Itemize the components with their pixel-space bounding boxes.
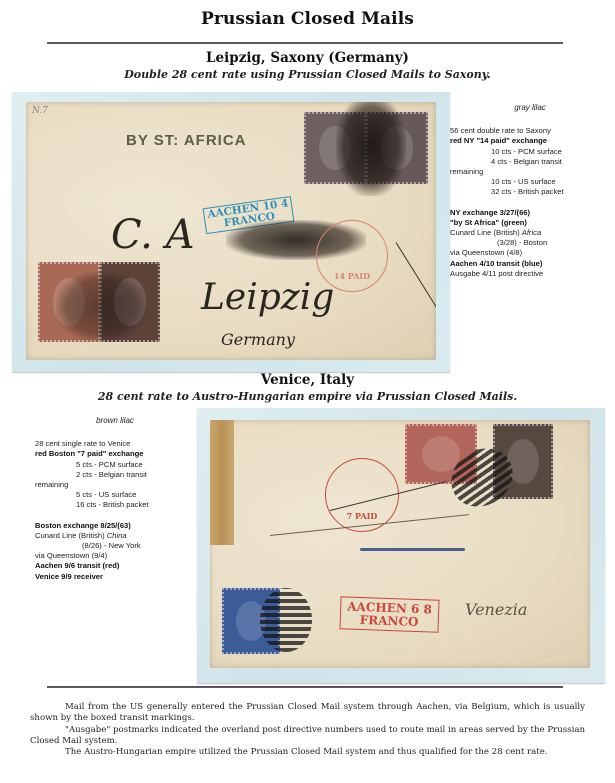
page-title: Prussian Closed Mails	[0, 9, 615, 29]
cover-1-envelope: N.7 BY ST: AFRICA AACHEN 10 4 FRANCO 14 …	[26, 102, 436, 360]
route-line: Cunard Line (British) Africa	[450, 228, 610, 238]
route-line: Boston exchange 8/25/(63)	[35, 521, 195, 531]
route-line: (3/28) - Boston	[450, 238, 610, 248]
footer-divider	[47, 686, 563, 688]
route-line: (8/26) - New York	[35, 541, 195, 551]
rate-note: 56 cent double rate to Saxony	[450, 126, 610, 136]
rate-note: 28 cent single rate to Venice	[35, 439, 195, 449]
cover-2-envelope: 7 PAID AACHEN 6 8 FRANCO Venezia	[210, 420, 590, 668]
route-line: NY exchange 3/27/(66)	[450, 208, 610, 218]
remaining-line: 16 cts - British packet	[35, 500, 195, 510]
route-line: via Queenstown (9/4)	[35, 551, 195, 561]
exchange-note: red Boston "7 paid" exchange	[35, 449, 195, 459]
credit-line: 4 cts - Belgian transit	[450, 157, 610, 167]
credit-line: 5 cts - PCM surface	[35, 460, 195, 470]
cover-edge-strip	[210, 420, 234, 545]
aachen-transit-box-red: AACHEN 6 8 FRANCO	[339, 596, 439, 633]
star-cancel	[336, 102, 406, 196]
route-line: via Queenstown (4/8)	[450, 248, 610, 258]
route-line: Aachen 4/10 transit (blue)	[450, 259, 610, 269]
stamp-color-label: gray lilac	[450, 103, 610, 113]
title-divider	[47, 42, 563, 44]
cover-2-title: Venice, Italy	[0, 372, 615, 388]
lower-cancel	[56, 272, 146, 342]
cover-2-notes: brown lilac 28 cent single rate to Venic…	[35, 416, 195, 582]
footer-paragraph: Mail from the US generally entered the P…	[30, 702, 585, 725]
footer-paragraph: The Austro-Hungarian empire utilized the…	[30, 747, 585, 758]
remaining-line: 5 cts - US surface	[35, 490, 195, 500]
footer-text: Mail from the US generally entered the P…	[30, 702, 585, 758]
cover-1-title: Leipzig, Saxony (Germany)	[0, 50, 615, 66]
remaining-line: 10 cts - US surface	[450, 177, 610, 187]
cover-2-subtitle: 28 cent rate to Austro-Hungarian empire …	[0, 390, 615, 403]
route-line: Ausgabe 4/11 post directive	[450, 269, 610, 279]
route-line: Cunard Line (British) China	[35, 531, 195, 541]
route-line: "by St Africa" (green)	[450, 218, 610, 228]
remaining-label: remaining	[450, 167, 610, 177]
manuscript-stroke	[396, 242, 436, 336]
boston-circle-text: 7 PAID	[326, 511, 398, 521]
route-line: Aachen 9/6 transit (red)	[35, 561, 195, 571]
stamp-color-label: brown lilac	[35, 416, 195, 426]
remaining-line: 32 cts - British packet	[450, 187, 610, 197]
pencil-notation: N.7	[32, 106, 48, 116]
blue-crayon-stroke	[360, 548, 465, 551]
route-line: Venice 9/9 receiver	[35, 572, 195, 582]
cover-1-subtitle: Double 28 cent rate using Prussian Close…	[0, 68, 615, 81]
credit-line: 10 cts - PCM surface	[450, 147, 610, 157]
by-st-africa-handstamp: BY ST: AFRICA	[126, 132, 247, 149]
footer-paragraph: "Ausgabe" postmarks indicated the overla…	[30, 725, 585, 748]
credit-line: 2 cts - Belgian transit	[35, 470, 195, 480]
address-city: Venezia	[465, 600, 527, 619]
address-initial: C. A	[111, 212, 195, 258]
grid-cancel	[260, 588, 312, 652]
cover-1-notes: gray lilac 56 cent double rate to Saxony…	[450, 103, 610, 279]
address-country: Germany	[221, 330, 295, 349]
address-city: Leipzig	[201, 277, 334, 318]
remaining-label: remaining	[35, 480, 195, 490]
exchange-note: red NY "14 paid" exchange	[450, 136, 610, 146]
